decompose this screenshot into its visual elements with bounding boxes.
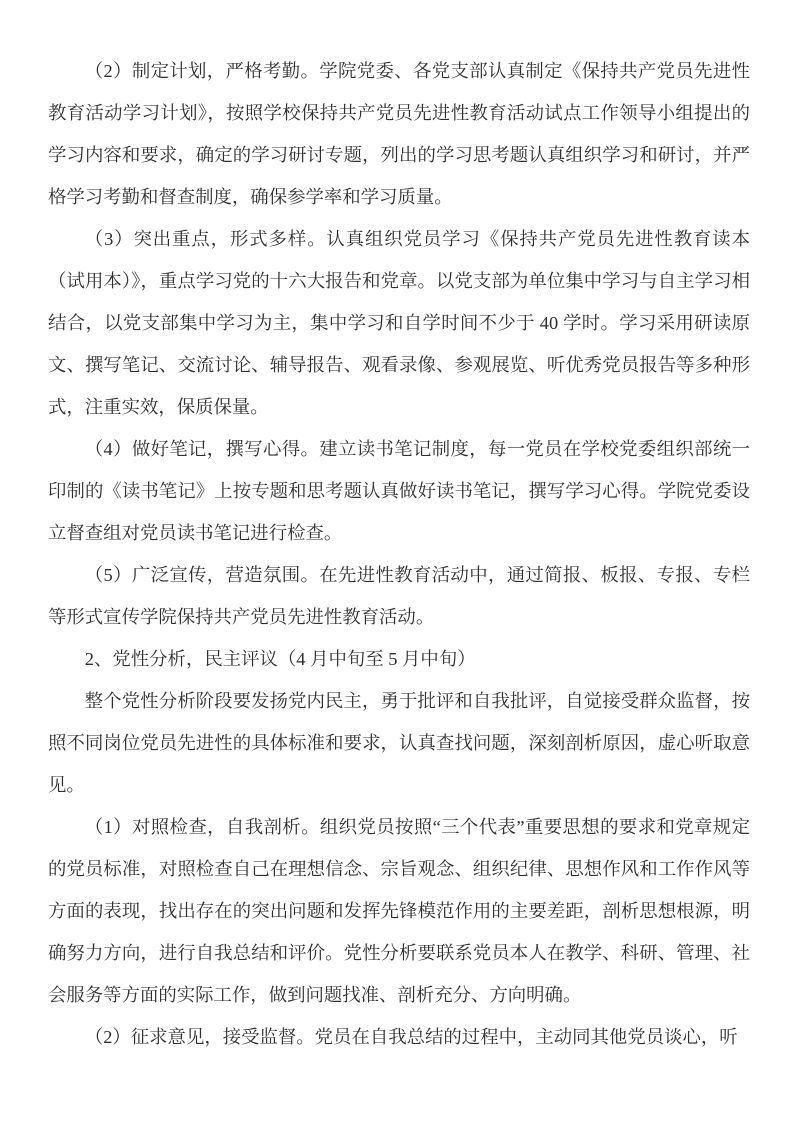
paragraph-analysis-overview: 整个党性分析阶段要发扬党内民主，勇于批评和自我批评，自觉接受群众监督，按照不同岗…: [48, 680, 750, 806]
document-page: （2）制定计划，严格考勤。学院党委、各党支部认真制定《保持共产党员先进性教育活动…: [0, 0, 800, 1131]
paragraph-publicity: （5）广泛宣传，营造氛围。在先进性教育活动中，通过简报、板报、专报、专栏等形式宣…: [48, 554, 750, 638]
paragraph-key-points-forms: （3）突出重点，形式多样。认真组织党员学习《保持共产党员先进性教育读本（试用本）…: [48, 218, 750, 428]
paragraph-notes-reflections: （4）做好笔记，撰写心得。建立读书笔记制度，每一党员在学校党委组织部统一印制的《…: [48, 428, 750, 554]
section-heading-party-analysis: 2、党性分析，民主评议（4 月中旬至 5 月中旬）: [48, 638, 750, 680]
paragraph-plan-attendance: （2）制定计划，严格考勤。学院党委、各党支部认真制定《保持共产党员先进性教育活动…: [48, 50, 750, 218]
paragraph-self-examination: （1）对照检查，自我剖析。组织党员按照“三个代表”重要思想的要求和党章规定的党员…: [48, 806, 750, 1016]
paragraph-seek-opinions: （2）征求意见，接受监督。党员在自我总结的过程中，主动同其他党员谈心，听: [48, 1016, 750, 1058]
